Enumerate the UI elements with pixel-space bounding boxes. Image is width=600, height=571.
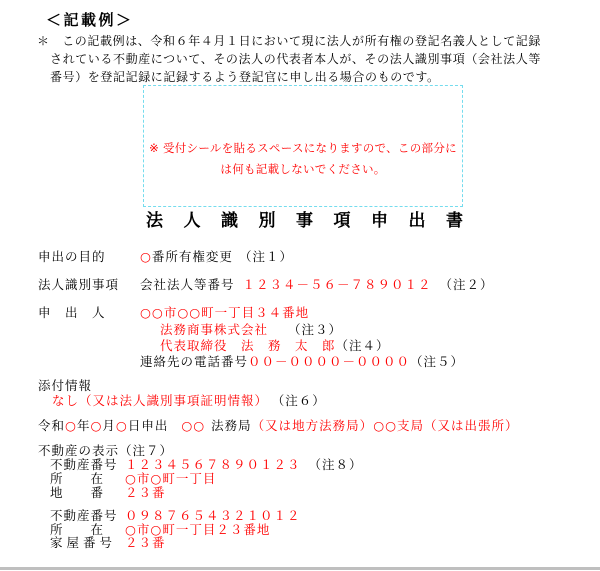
bottom-scroll-bar: [0, 567, 600, 570]
building-house-number: ２３番: [125, 535, 166, 550]
office-name: 法務局: [211, 418, 252, 433]
intro-note-line-2: されている不動産について、その法人の代表者本人が、その法人識別事項（会社法人等: [50, 52, 541, 67]
land-number: １２３４５６７８９０１２３: [125, 457, 301, 472]
purpose-text: 番所有権変更: [152, 249, 233, 264]
applicant-label: 申 出 人: [38, 305, 106, 320]
applicant-company-note: （注３）: [288, 322, 342, 337]
page-heading: ＜記載例＞: [46, 13, 134, 28]
day-circle: ○: [116, 418, 128, 433]
month-suffix: 月: [102, 418, 116, 433]
land-lot: ２３番: [125, 485, 166, 500]
phone-label: 連絡先の電話番号: [140, 354, 248, 369]
month-circle: ○: [90, 418, 102, 433]
attachment-label: 添付情報: [38, 378, 92, 393]
form-title: 法人識別事項申出書: [146, 214, 484, 229]
applicant-phone-line: 連絡先の電話番号００－００００－００００（注５）: [140, 354, 464, 369]
receipt-seal-space-box: ※ 受付シールを貼るスペースになりますので、この部分に は何も記載しないでくださ…: [143, 85, 463, 207]
year-circle: ○: [65, 418, 77, 433]
land-number-note: （注８）: [309, 457, 363, 472]
land-number-label: 不動産番号: [50, 457, 118, 472]
corporate-id-label: 法人識別事項: [38, 277, 119, 292]
land-location-label: 所 在: [50, 471, 104, 486]
corporate-id-value: 会社法人等番号１２３４－５６－７８９０１２（注２）: [140, 277, 494, 292]
year-suffix: 年: [77, 418, 91, 433]
property-header: 不動産の表示（注７）: [38, 443, 173, 458]
applicant-representative-line: 代表取締役 法 務 太 郎（注４）: [160, 338, 390, 353]
document-page: ＜記載例＞ ＊ この記載例は、令和６年４月１日において現に法人が所有権の登記名義…: [0, 0, 600, 571]
applicant-address: ○○市○○町一丁目３４番地: [140, 305, 309, 320]
attachment-value-line: なし（又は法人識別事項証明情報）（注６）: [52, 393, 326, 408]
phone-note: （注５）: [410, 354, 464, 369]
purpose-value: ○番所有権変更（注１）: [140, 249, 293, 264]
purpose-label: 申出の目的: [38, 249, 106, 264]
phone-number: ００－００００－００００: [248, 354, 410, 369]
purpose-circle: ○: [140, 249, 152, 264]
applicant-company-line: 法務商事株式会社（注３）: [160, 322, 342, 337]
land-lot-label: 地 番: [50, 485, 104, 500]
applicant-representative: 代表取締役 法 務 太 郎: [160, 338, 336, 353]
intro-note-line-3: 番号）を登記記録に記録するよう登記官に申し出る場合のものです。: [50, 70, 440, 85]
building-house-label: 家屋番号: [50, 535, 116, 550]
purpose-note: （注１）: [239, 249, 293, 264]
office-alt: （又は地方法務局）: [252, 418, 374, 433]
applicant-representative-note: （注４）: [336, 338, 390, 353]
building-number-label: 不動産番号: [50, 508, 118, 523]
applicant-company: 法務商事株式会社: [160, 322, 268, 337]
day-suffix: 日申出: [128, 418, 169, 433]
corporate-id-note: （注２）: [440, 277, 494, 292]
era-label: 令和: [38, 418, 65, 433]
intro-note-line-1: ＊ この記載例は、令和６年４月１日において現に法人が所有権の登記名義人として記録: [37, 34, 541, 49]
attachment-note: （注６）: [278, 393, 326, 408]
filing-line: 令和○年○月○日申出○○法務局（又は地方法務局）○○支局（又は出張所）: [38, 418, 519, 433]
seal-note-line-1: ※ 受付シールを貼るスペースになりますので、この部分に: [144, 138, 462, 159]
building-number: ０９８７６５４３２１０１２: [125, 508, 301, 523]
attachment-value: なし（又は法人識別事項証明情報）: [52, 393, 268, 408]
office-circles: ○○: [181, 418, 205, 433]
land-number-line: １２３４５６７８９０１２３（注８）: [125, 457, 363, 472]
corporate-id-prefix: 会社法人等番号: [140, 277, 235, 292]
land-location: ○市○町一丁目: [125, 471, 216, 486]
office-branch: ○○支局（又は出張所）: [373, 418, 518, 433]
seal-note-line-2: は何も記載しないでください。: [144, 159, 462, 180]
corporate-id-number: １２３４－５６－７８９０１２: [243, 277, 432, 292]
